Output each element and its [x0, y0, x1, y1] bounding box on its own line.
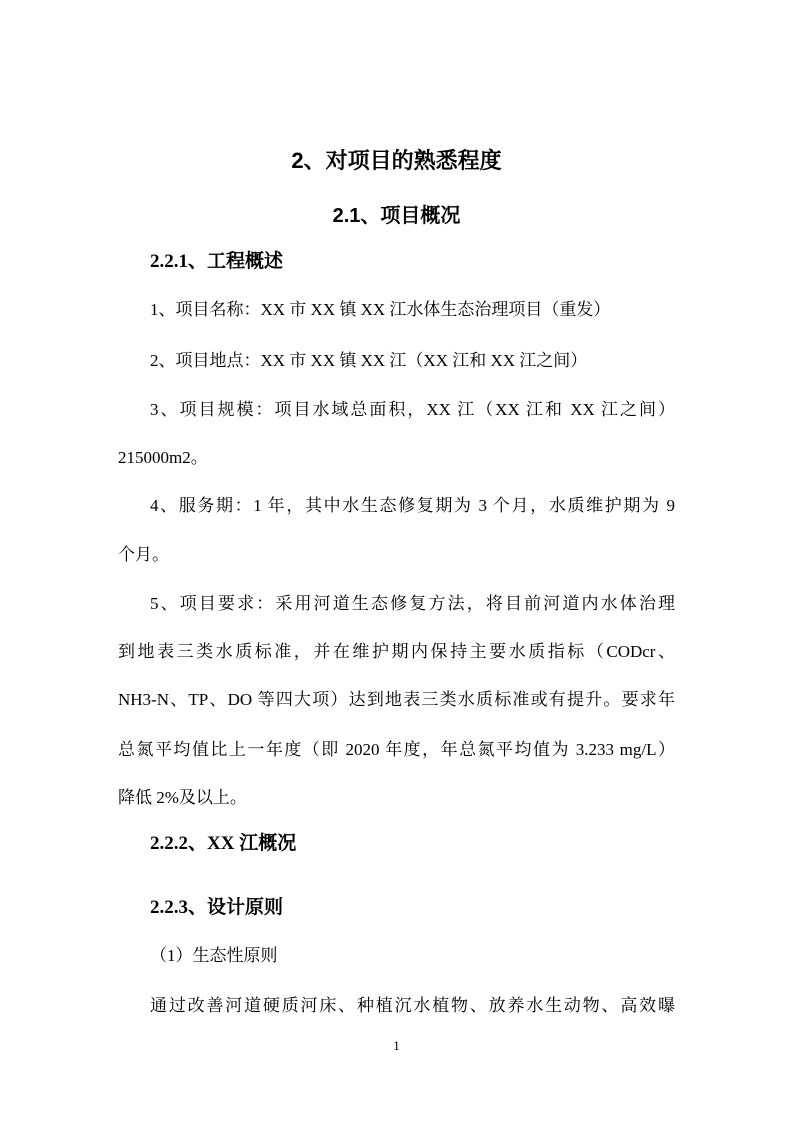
paragraph-line: 5、项目要求：采用河道生态修复方法，将目前河道内水体治理 — [150, 593, 675, 615]
page-number: 1 — [0, 1038, 793, 1055]
paragraph-line: 总氮平均值比上一年度（即 2020 年度，年总氮平均值为 3.233 mg/L） — [118, 739, 675, 761]
paragraph-line: 到地表三类水质标准，并在维护期内保持主要水质指标（CODcr、 — [118, 641, 675, 663]
subsection-heading-221: 2.2.1、工程概述 — [150, 250, 707, 275]
paragraph-line: 4、服务期：1 年，其中水生态修复期为 3 个月，水质维护期为 9 — [150, 495, 675, 517]
paragraph-line: 个月。 — [118, 544, 675, 566]
paragraph-line: NH3-N、TP、DO 等四大项）达到地表三类水质标准或有提升。要求年 — [118, 689, 675, 711]
paragraph-line: （1）生态性原则 — [150, 945, 675, 967]
paragraph-line: 降低 2%及以上。 — [118, 787, 675, 809]
paragraph-line: 3、项目规模：项目水域总面积，XX 江（XX 江和 XX 江之间） — [150, 399, 675, 421]
paragraph-line: 1、项目名称：XX 市 XX 镇 XX 江水体生态治理项目（重发） — [150, 299, 675, 321]
paragraph-line: 通过改善河道硬质河床、种植沉水植物、放养水生动物、高效曝 — [150, 995, 675, 1017]
subsection-heading-222: 2.2.2、XX 江概况 — [150, 832, 707, 857]
paragraph-line: 215000m2。 — [118, 447, 675, 469]
paragraph-line: 2、项目地点：XX 市 XX 镇 XX 江（XX 江和 XX 江之间） — [150, 350, 675, 372]
subsection-heading-223: 2.2.3、设计原则 — [150, 896, 707, 921]
section-heading: 2.1、项目概况 — [0, 203, 793, 229]
document-page: 2、对项目的熟悉程度 2.1、项目概况 2.2.1、工程概述 1、项目名称：XX… — [0, 0, 793, 1122]
chapter-heading: 2、对项目的熟悉程度 — [0, 147, 793, 176]
